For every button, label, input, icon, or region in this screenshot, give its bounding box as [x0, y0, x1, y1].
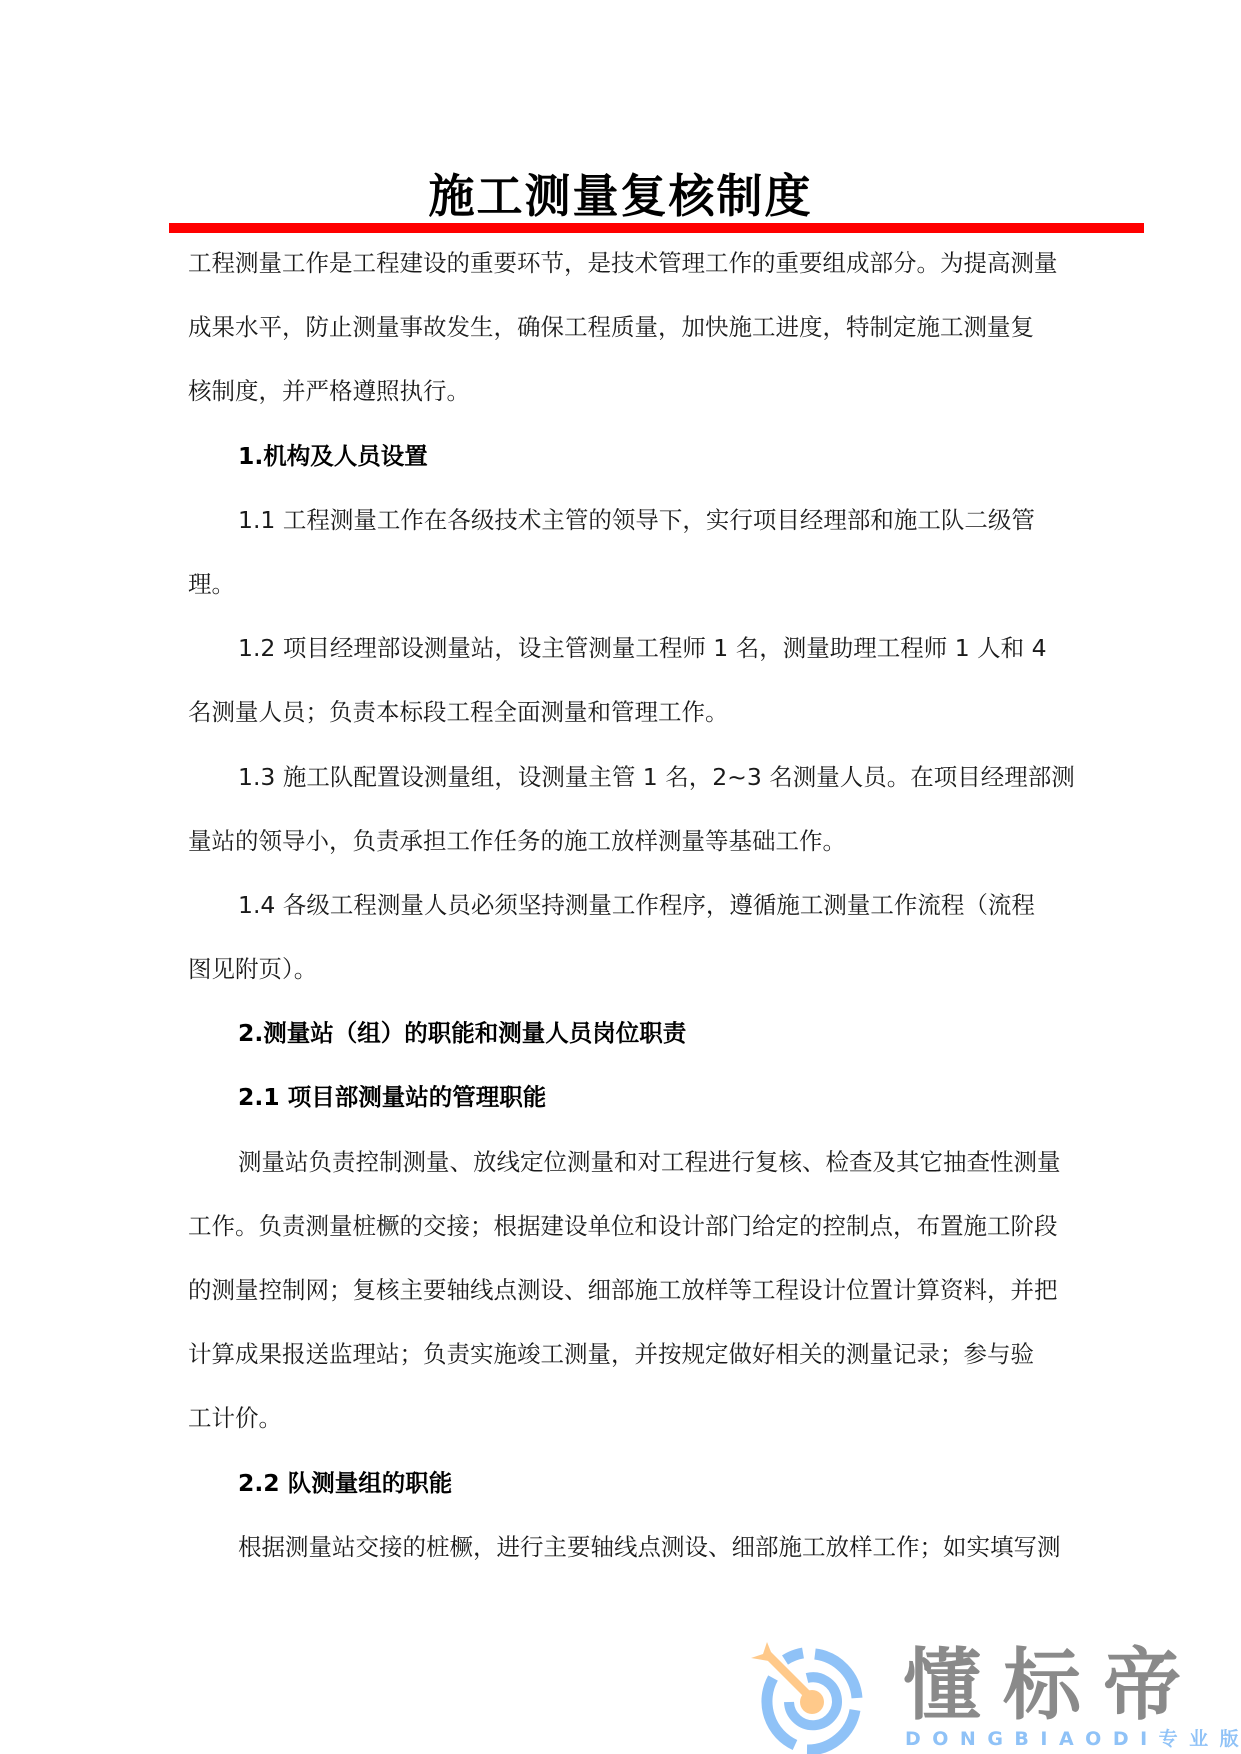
- paragraph-line: 核制度，并严格遵照执行。: [188, 368, 1108, 432]
- paragraph-line: 工作。负责测量桩橛的交接；根据建设单位和设计部门给定的控制点，布置施工阶段: [188, 1203, 1108, 1267]
- paragraph-line: 1.3 施工队配置设测量组，设测量主管 1 名，2~3 名测量人员。在项目经理部…: [188, 754, 1108, 818]
- target-arrow-icon: [745, 1632, 875, 1754]
- section-heading: 2.测量站（组）的职能和测量人员岗位职责: [188, 1010, 1108, 1074]
- watermark-brand-cn: 懂标帝: [903, 1644, 1203, 1728]
- paragraph-line: 1.2 项目经理部设测量站，设主管测量工程师 1 名，测量助理工程师 1 人和 …: [188, 625, 1108, 689]
- title-underline-bar: [169, 223, 1144, 233]
- subsection-heading: 2.1 项目部测量站的管理职能: [188, 1074, 1108, 1138]
- watermark-edition: 专业版: [1159, 1728, 1241, 1750]
- paragraph-line: 量站的领导小，负责承担工作任务的施工放样测量等基础工作。: [188, 818, 1108, 882]
- page-title: 施工测量复核制度: [0, 160, 1241, 226]
- watermark-brand-latin: DONGBIAODI: [905, 1728, 1159, 1750]
- document-body: 工程测量工作是工程建设的重要环节，是技术管理工作的重要组成部分。为提高测量 成果…: [188, 240, 1108, 1588]
- paragraph-line: 的测量控制网；复核主要轴线点测设、细部施工放样等工程设计位置计算资料，并把: [188, 1267, 1108, 1331]
- paragraph-line: 理。: [188, 561, 1108, 625]
- paragraph-line: 1.1 工程测量工作在各级技术主管的领导下，实行项目经理部和施工队二级管: [188, 497, 1108, 561]
- paragraph-line: 测量站负责控制测量、放线定位测量和对工程进行复核、检查及其它抽查性测量: [188, 1139, 1108, 1203]
- paragraph-line: 1.4 各级工程测量人员必须坚持测量工作程序，遵循施工测量工作流程（流程: [188, 882, 1108, 946]
- paragraph-line: 工程测量工作是工程建设的重要环节，是技术管理工作的重要组成部分。为提高测量: [188, 240, 1108, 304]
- section-heading: 1.机构及人员设置: [188, 433, 1108, 497]
- paragraph-line: 成果水平，防止测量事故发生，确保工程质量，加快施工进度，特制定施工测量复: [188, 304, 1108, 368]
- paragraph-line: 图见附页）。: [188, 946, 1108, 1010]
- paragraph-line: 工计价。: [188, 1395, 1108, 1459]
- watermark-logo: 懂标帝 DONGBIAODI专业版: [745, 1632, 1225, 1754]
- paragraph-line: 名测量人员；负责本标段工程全面测量和管理工作。: [188, 689, 1108, 753]
- paragraph-line: 根据测量站交接的桩橛，进行主要轴线点测设、细部施工放样工作；如实填写测: [188, 1524, 1108, 1588]
- subsection-heading: 2.2 队测量组的职能: [188, 1460, 1108, 1524]
- paragraph-line: 计算成果报送监理站；负责实施竣工测量，并按规定做好相关的测量记录；参与验: [188, 1331, 1108, 1395]
- watermark-brand-en: DONGBIAODI专业版: [905, 1728, 1241, 1750]
